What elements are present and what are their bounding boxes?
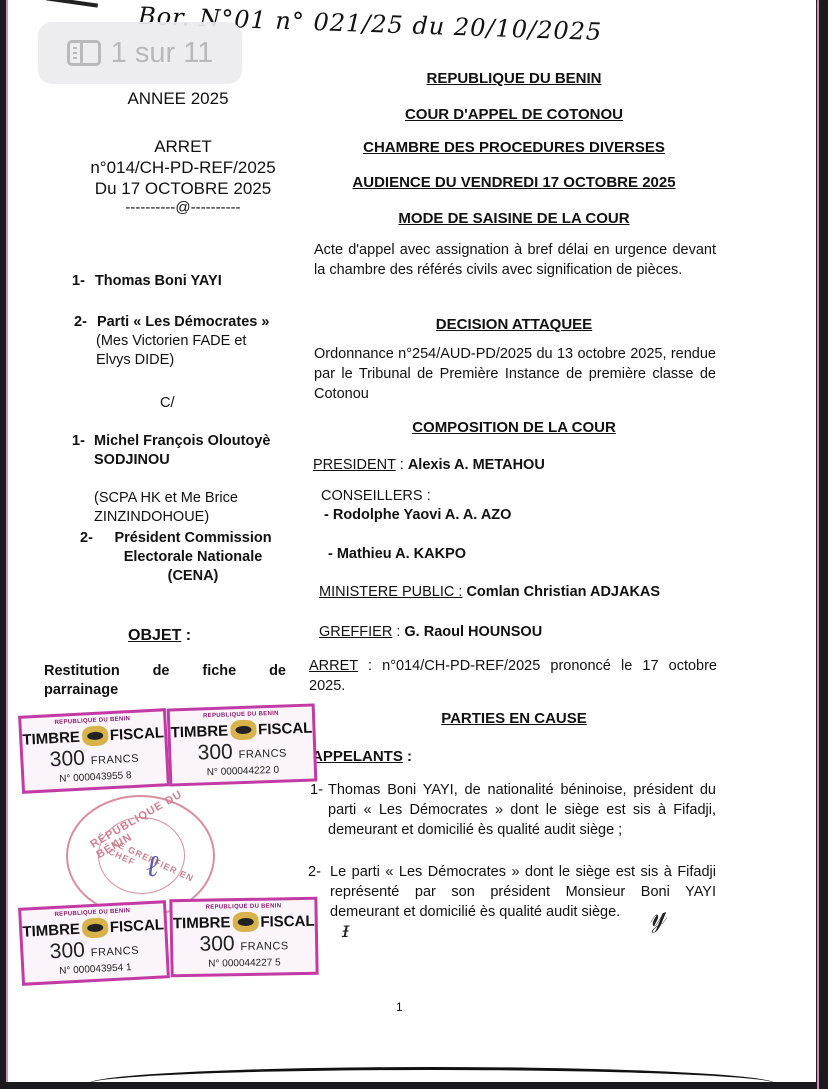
- viewer-edge: [817, 0, 828, 1089]
- appelants-heading: APPELANTS :: [312, 748, 412, 765]
- versus-label: C/: [160, 394, 175, 413]
- left-respondent-1: 1- Michel François Oloutoyè SODJINOU (SC…: [72, 432, 292, 527]
- left-respondent-2: 2- Président Commission Electorale Natio…: [80, 529, 290, 548]
- fiscal-stamp-1: REPUBLIQUE DU BENIN TIMBREFISCAL 300 FRA…: [18, 708, 170, 794]
- header-saisine: MODE DE SAISINE DE LA COUR: [308, 210, 720, 227]
- signature-mark-left: ᵻ: [342, 918, 349, 943]
- arret-block: ARRET n°014/CH-PD-REF/2025 Du 17 OCTOBRE…: [58, 136, 308, 217]
- year-label: ANNEE 2025: [88, 88, 268, 109]
- ministere-line: MINISTERE PUBLIC : Comlan Christian ADJA…: [319, 582, 660, 602]
- page-indicator-label: 1 sur 11: [111, 37, 214, 70]
- arret-date: Du 17 OCTOBRE 2025: [58, 178, 308, 199]
- conseillers-label: CONSEILLERS :: [321, 486, 431, 506]
- objet-text: Restitution de fiche de parrainage: [44, 662, 286, 700]
- parties-heading: PARTIES EN CAUSE: [308, 710, 720, 727]
- header-republique: REPUBLIQUE DU BENIN: [308, 70, 720, 106]
- left-appellant-2: 2- Parti « Les Démocrates » (Mes Victori…: [74, 313, 304, 370]
- court-headers: REPUBLIQUE DU BENIN COUR D'APPEL DE COTO…: [308, 70, 720, 227]
- decision-heading: DECISION ATTAQUEE: [308, 316, 720, 333]
- page-curl: [88, 1067, 776, 1084]
- header-audience: AUDIENCE DU VENDREDI 17 OCTOBRE 2025: [308, 174, 720, 210]
- greffier-line: GREFFIER : G. Raoul HOUNSOU: [319, 622, 542, 642]
- objet-heading: OBJET :: [128, 627, 191, 645]
- conseiller-1: - Rodolphe Yaovi A. A. AZO: [324, 505, 511, 525]
- header-chambre: CHAMBRE DES PROCEDURES DIVERSES: [308, 139, 720, 174]
- benin-emblem-icon: [232, 912, 258, 932]
- fiscal-stamp-3: REPUBLIQUE DU BENIN TIMBREFISCAL 300 FRA…: [18, 900, 170, 986]
- fiscal-stamp-4: REPUBLIQUE DU BENIN TIMBREFISCAL 300 FRA…: [169, 897, 318, 978]
- conseiller-2: - Mathieu A. KAKPO: [328, 544, 466, 564]
- sidebar-icon[interactable]: [67, 40, 101, 66]
- benin-emblem-icon: [81, 917, 108, 938]
- benin-emblem-icon: [230, 720, 257, 741]
- left-appellant-1: 1- Thomas Boni YAYI: [72, 272, 222, 291]
- page-number: 1: [396, 1000, 403, 1014]
- appelant-1: 1- Thomas Boni YAYI, de nationalité béni…: [310, 780, 716, 840]
- greffier-signature: ℓ: [146, 849, 159, 884]
- arret-label: ARRET: [58, 136, 308, 157]
- arret-number: n°014/CH-PD-REF/2025: [58, 157, 308, 178]
- counsel: (SCPA HK et Me Brice ZINZINDOHOUE): [94, 489, 274, 527]
- fiscal-stamp-2: REPUBLIQUE DU BENIN TIMBREFISCAL 300 FRA…: [167, 703, 318, 786]
- separator: ----------@----------: [58, 199, 308, 217]
- counsel: (Mes Victorien FADE et Elvys DIDE): [96, 332, 276, 370]
- document-page: Bor. N°01 n° 021/25 du 20/10/2025 ANNEE …: [6, 0, 816, 1082]
- composition-heading: COMPOSITION DE LA COUR: [308, 419, 720, 436]
- page-indicator-button[interactable]: 1 sur 11: [38, 22, 242, 84]
- arret-line: ARRET : n°014/CH-PD-REF/2025 prononcé le…: [309, 656, 717, 696]
- saisine-text: Acte d'appel avec assignation à bref dél…: [314, 240, 716, 280]
- header-cour: COUR D'APPEL DE COTONOU: [308, 106, 720, 139]
- benin-emblem-icon: [81, 725, 108, 746]
- president-line: PRESIDENT : Alexis A. METAHOU: [313, 455, 545, 475]
- decision-text: Ordonnance n°254/AUD-PD/2025 du 13 octob…: [314, 344, 716, 404]
- scan-mark: [46, 0, 98, 8]
